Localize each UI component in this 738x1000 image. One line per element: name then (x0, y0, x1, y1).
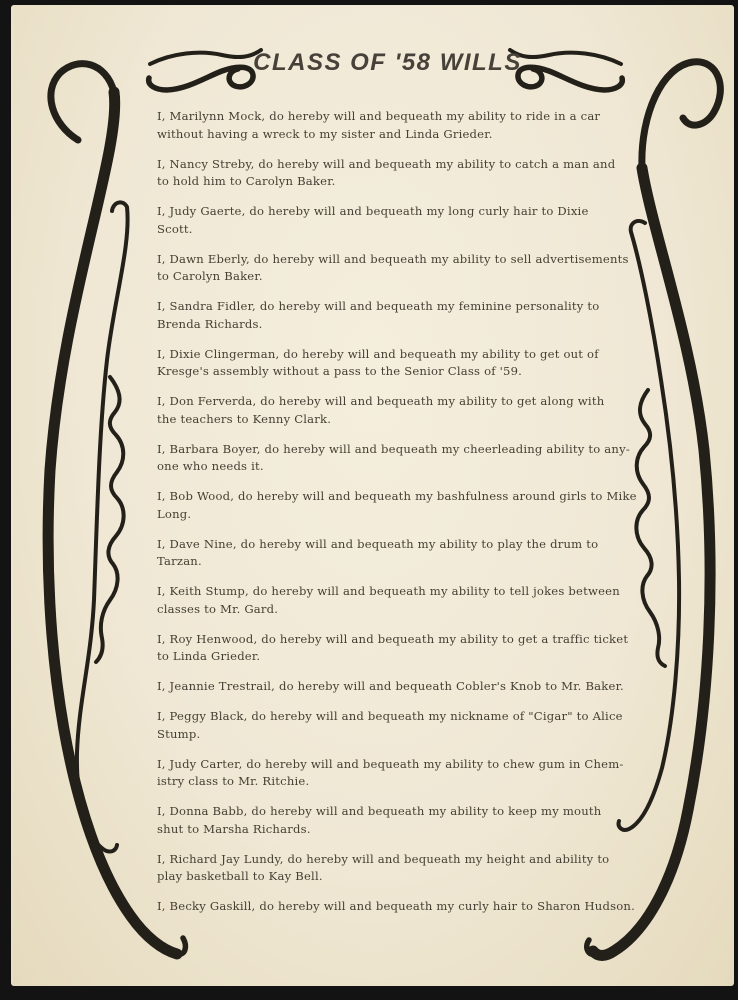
right-flourish-top-curl (642, 62, 720, 168)
right-flourish-inner-stroke (619, 221, 680, 830)
left-flourish-bottom-hook (177, 938, 185, 954)
will-paragraph: I, Don Ferverda, do hereby will and bequ… (157, 393, 627, 428)
will-paragraph: I, Barbara Boyer, do hereby will and beq… (157, 441, 627, 476)
photo-frame: { "page": { "title": "CLASS OF '58 WILLS… (0, 0, 738, 1000)
yearbook-page: CLASS OF '58 WILLS I, Marilynn Mock, do … (11, 5, 734, 986)
will-paragraph: I, Bob Wood, do hereby will and bequeath… (157, 488, 627, 523)
will-paragraph: I, Sandra Fidler, do hereby will and beq… (157, 298, 627, 333)
will-paragraph: I, Becky Gaskill, do hereby will and beq… (157, 898, 627, 916)
will-paragraph: I, Jeannie Trestrail, do hereby will and… (157, 678, 627, 696)
will-paragraph: I, Richard Jay Lundy, do hereby will and… (157, 851, 627, 886)
right-flourish-scallops (636, 390, 665, 666)
will-paragraph: I, Marilynn Mock, do hereby will and beq… (157, 108, 627, 143)
left-flourish-scallops (96, 377, 124, 662)
will-paragraph: I, Nancy Streby, do hereby will and bequ… (157, 156, 627, 191)
left-flourish-top-curl (51, 64, 114, 140)
will-paragraph: I, Dixie Clingerman, do hereby will and … (157, 346, 627, 381)
wills-list: I, Marilynn Mock, do hereby will and beq… (157, 108, 627, 928)
will-paragraph: I, Judy Carter, do hereby will and beque… (157, 756, 627, 791)
will-paragraph: I, Keith Stump, do hereby will and beque… (157, 583, 627, 618)
will-paragraph: I, Judy Gaerte, do hereby will and beque… (157, 203, 627, 238)
left-flourish-inner-stroke (77, 202, 128, 851)
will-paragraph: I, Roy Henwood, do hereby will and beque… (157, 631, 627, 666)
will-paragraph: I, Peggy Black, do hereby will and beque… (157, 708, 627, 743)
will-paragraph: I, Donna Babb, do hereby will and bequea… (157, 803, 627, 838)
page-title: CLASS OF '58 WILLS (165, 49, 610, 77)
right-flourish-bottom-hook (587, 940, 595, 954)
will-paragraph: I, Dave Nine, do hereby will and bequeat… (157, 536, 627, 571)
will-paragraph: I, Dawn Eberly, do hereby will and beque… (157, 251, 627, 286)
